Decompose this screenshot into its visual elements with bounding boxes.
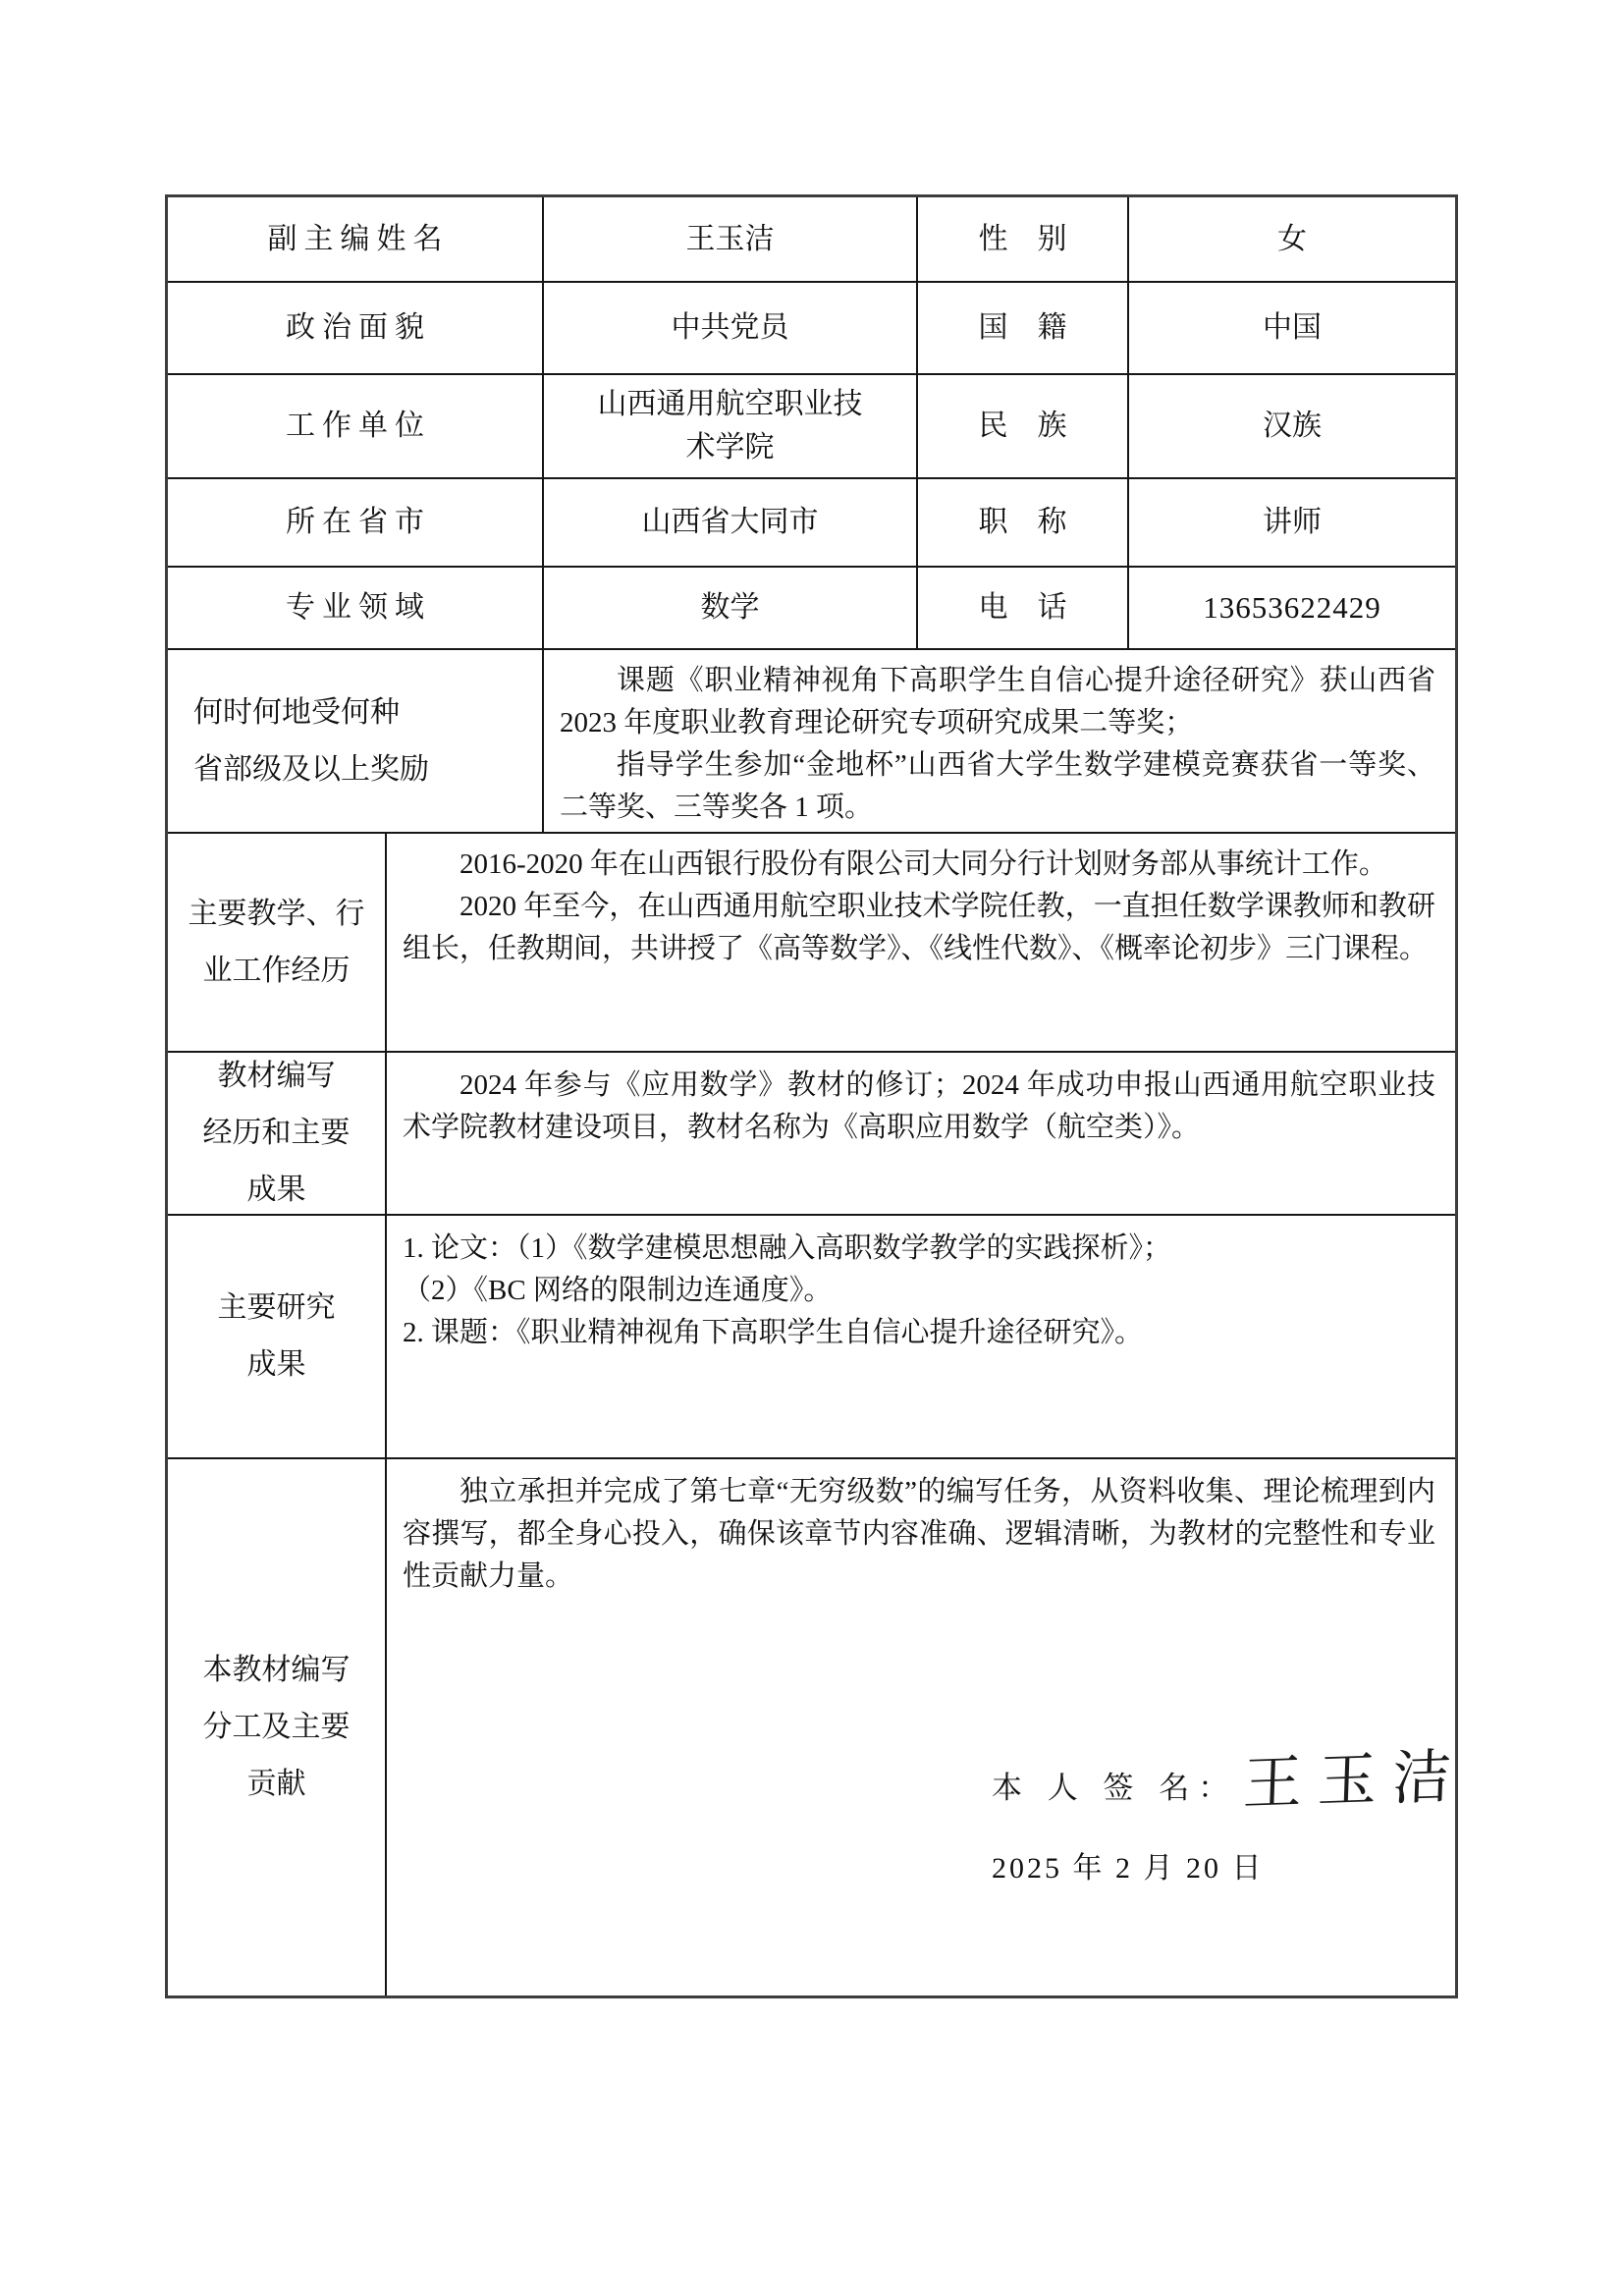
table-row: 主要研究 成果 1. 论文：（1）《数学建模思想融入高职数学教学的实践探析》； … — [168, 1214, 1455, 1457]
label-text: 电话 — [979, 586, 1097, 629]
value-text: 讲师 — [1263, 501, 1322, 544]
label-text: 副主编姓名 — [268, 218, 450, 261]
title-label: 职称 — [916, 479, 1127, 566]
table-row: 专业领域 数学 电话 13653622429 — [168, 566, 1455, 648]
gender-label: 性别 — [916, 197, 1127, 281]
specialty-value: 数学 — [542, 568, 916, 648]
awards-content: 课题《职业精神视角下高职学生自信心提升途径研究》获山西省 2023 年度职业教育… — [542, 650, 1455, 832]
deputy-editor-name-label: 副主编姓名 — [168, 197, 542, 281]
paragraph: 2024 年参与《应用数学》教材的修订；2024 年成功申报山西通用航空职业技术… — [403, 1065, 1435, 1149]
table-row: 所在省市 山西省大同市 职称 讲师 — [168, 477, 1455, 566]
nationality-label: 国籍 — [916, 283, 1127, 373]
nationality-value: 中国 — [1127, 283, 1455, 373]
paragraph: 指导学生参加“金地杯”山西省大学生数学建模竞赛获省一等奖、二等奖、三等奖各 1 … — [560, 744, 1435, 829]
value-text: 女 — [1277, 218, 1307, 261]
province-city-value: 山西省大同市 — [542, 479, 916, 566]
value-text: 中共党员 — [672, 306, 789, 350]
label-text: 专业领域 — [286, 586, 431, 629]
table-row: 何时何地受何种 省部级及以上奖励 课题《职业精神视角下高职学生自信心提升途径研究… — [168, 648, 1455, 832]
signature-line: 本 人 签 名： 王玉洁 — [992, 1765, 1435, 1810]
political-status-value: 中共党员 — [542, 283, 916, 373]
contribution-content: 独立承担并完成了第七章“无穷级数”的编写任务，从资料收集、理论梳理到内容撰写，都… — [385, 1459, 1455, 1995]
research-label: 主要研究 成果 — [168, 1216, 385, 1457]
work-unit-value: 山西通用航空职业技 术学院 — [542, 375, 916, 477]
table-row: 工作单位 山西通用航空职业技 术学院 民族 汉族 — [168, 373, 1455, 477]
signature-label: 本 人 签 名： — [992, 1767, 1237, 1809]
label-text: 职称 — [979, 501, 1097, 544]
table-row: 本教材编写 分工及主要 贡献 独立承担并完成了第七章“无穷级数”的编写任务，从资… — [168, 1457, 1455, 1995]
label-text: 性别 — [979, 218, 1097, 261]
label-text: 国籍 — [979, 306, 1097, 350]
awards-label: 何时何地受何种 省部级及以上奖励 — [168, 650, 542, 832]
gender-value: 女 — [1127, 197, 1455, 281]
specialty-label: 专业领域 — [168, 568, 542, 648]
textbook-content: 2024 年参与《应用数学》教材的修订；2024 年成功申报山西通用航空职业技术… — [385, 1053, 1455, 1214]
label-text: 政治面貌 — [286, 306, 431, 350]
document-page: 副主编姓名 王玉洁 性别 女 政治面貌 中共党员 国籍 中国 工作单位 山西通用… — [0, 0, 1622, 2296]
textbook-label: 教材编写 经历和主要 成果 — [168, 1053, 385, 1214]
research-content: 1. 论文：（1）《数学建模思想融入高职数学教学的实践探析》； （2）《BC 网… — [385, 1216, 1455, 1457]
phone-label: 电话 — [916, 568, 1127, 648]
title-value: 讲师 — [1127, 479, 1455, 566]
paragraph: 独立承担并完成了第七章“无穷级数”的编写任务，从资料收集、理论梳理到内容撰写，都… — [403, 1471, 1435, 1598]
political-status-label: 政治面貌 — [168, 283, 542, 373]
work-unit-label: 工作单位 — [168, 375, 542, 477]
table-row: 副主编姓名 王玉洁 性别 女 — [168, 197, 1455, 281]
table-row: 主要教学、行 业工作经历 2016-2020 年在山西银行股份有限公司大同分行计… — [168, 832, 1455, 1051]
paragraph: 2020 年至今，在山西通用航空职业技术学院任教，一直担任数学课教师和教研组长，… — [403, 886, 1435, 970]
table-row: 教材编写 经历和主要 成果 2024 年参与《应用数学》教材的修订；2024 年… — [168, 1051, 1455, 1214]
experience-content: 2016-2020 年在山西银行股份有限公司大同分行计划财务部从事统计工作。 2… — [385, 834, 1455, 1051]
phone-value: 13653622429 — [1127, 568, 1455, 648]
contribution-label: 本教材编写 分工及主要 贡献 — [168, 1459, 385, 1995]
label-text: 民族 — [979, 405, 1097, 448]
handwritten-signature: 王玉洁 — [1242, 1747, 1455, 1814]
label-text: 工作单位 — [286, 405, 431, 448]
value-text: 山西通用航空职业技 术学院 — [598, 383, 863, 469]
paragraph: 2016-2020 年在山西银行股份有限公司大同分行计划财务部从事统计工作。 — [403, 844, 1435, 886]
experience-label: 主要教学、行 业工作经历 — [168, 834, 385, 1051]
ethnicity-label: 民族 — [916, 375, 1127, 477]
province-city-label: 所在省市 — [168, 479, 542, 566]
deputy-editor-name-value: 王玉洁 — [542, 197, 916, 281]
signature-date: 2025 年 2 月 20 日 — [992, 1847, 1435, 1889]
value-text: 王玉洁 — [686, 218, 775, 261]
value-text: 中国 — [1263, 306, 1322, 350]
value-text: 汉族 — [1263, 405, 1322, 448]
editor-info-table: 副主编姓名 王玉洁 性别 女 政治面貌 中共党员 国籍 中国 工作单位 山西通用… — [165, 194, 1458, 1998]
list-line: 2. 课题：《职业精神视角下高职学生自信心提升途径研究》。 — [403, 1312, 1435, 1354]
value-text: 山西省大同市 — [642, 501, 819, 544]
value-text: 数学 — [701, 586, 760, 629]
label-text: 所在省市 — [286, 501, 431, 544]
list-line: 1. 论文：（1）《数学建模思想融入高职数学教学的实践探析》； — [403, 1228, 1435, 1270]
list-line: （2）《BC 网络的限制边连通度》。 — [403, 1270, 1435, 1312]
table-row: 政治面貌 中共党员 国籍 中国 — [168, 281, 1455, 373]
paragraph: 课题《职业精神视角下高职学生自信心提升途径研究》获山西省 2023 年度职业教育… — [560, 660, 1435, 744]
value-text: 13653622429 — [1203, 586, 1381, 629]
ethnicity-value: 汉族 — [1127, 375, 1455, 477]
